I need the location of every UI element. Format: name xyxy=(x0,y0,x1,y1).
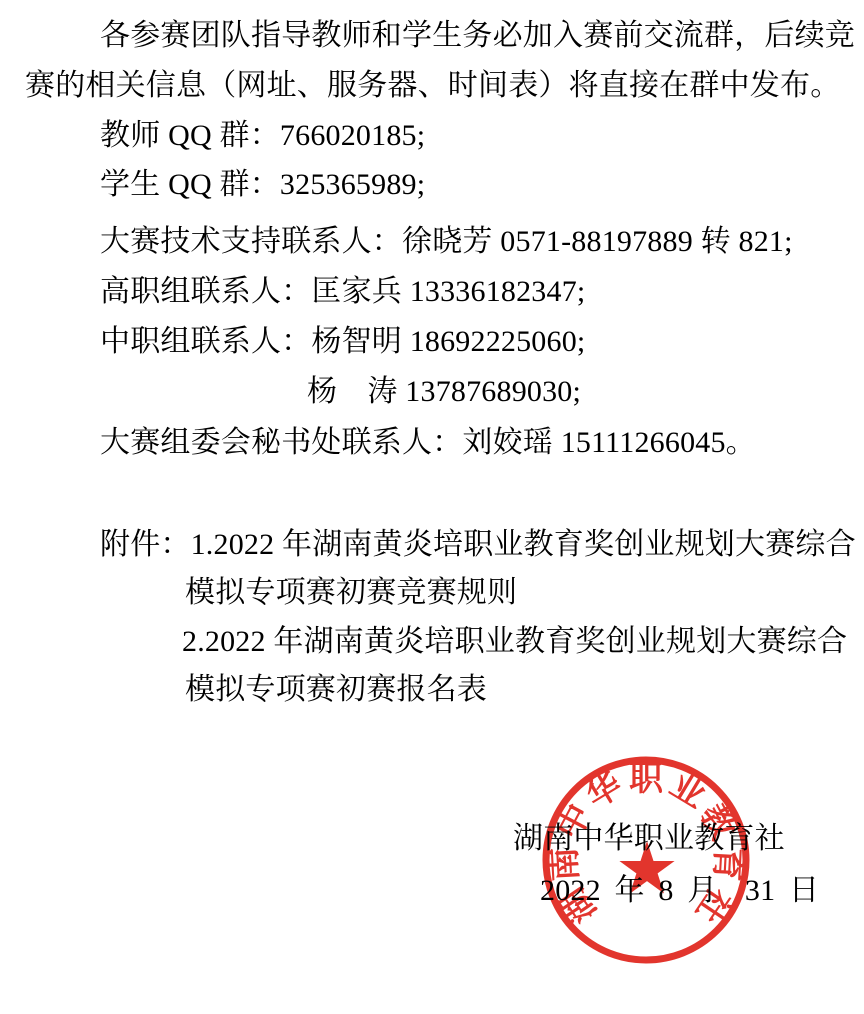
secondary-vocational-contact-line: 中职组联系人：杨智明 18692225060; xyxy=(100,326,585,358)
document-page: 湖 南 中 华 职 业 教 育 社 各参赛团队指导教师和学生务必加入赛前交流群，… xyxy=(0,0,864,1014)
tech-support-contact-line: 大赛技术支持联系人：徐晓芳 0571-88197889 转 821; xyxy=(100,226,793,258)
seal-ring-char: 华 xyxy=(580,765,629,815)
seal-ring-char: 职 xyxy=(629,760,664,798)
intro-line-1: 各参赛团队指导教师和学生务必加入赛前交流群，后续竞 xyxy=(100,20,855,52)
signature-organization: 湖南中华职业教育社 xyxy=(513,823,785,855)
intro-line-2: 赛的相关信息（网址、服务器、时间表）将直接在群中发布。 xyxy=(25,70,840,102)
attachment-2-line-1: 2.2022 年湖南黄炎培职业教育奖创业规划大赛综合 xyxy=(182,626,847,658)
official-seal: 湖 南 中 华 职 业 教 育 社 xyxy=(536,750,756,970)
attachment-2-line-2: 模拟专项赛初赛报名表 xyxy=(185,674,487,706)
secretariat-contact-line: 大赛组委会秘书处联系人：刘姣瑶 15111266045。 xyxy=(100,427,756,459)
signature-date: 2022 年 8 月 31 日 xyxy=(540,875,819,907)
higher-vocational-contact-line: 高职组联系人：匡家兵 13336182347; xyxy=(100,276,585,308)
attachment-1-line-2: 模拟专项赛初赛竞赛规则 xyxy=(185,577,517,609)
student-qq-group-line: 学生 QQ 群：325365989; xyxy=(100,169,425,201)
attachment-1-line-1: 附件：1.2022 年湖南黄炎培职业教育奖创业规划大赛综合 xyxy=(100,529,856,561)
seal-ring-char: 业 xyxy=(663,766,711,815)
teacher-qq-group-line: 教师 QQ 群：766020185; xyxy=(100,120,425,152)
secondary-vocational-contact-line-2: 杨 涛 13787689030; xyxy=(307,376,581,408)
